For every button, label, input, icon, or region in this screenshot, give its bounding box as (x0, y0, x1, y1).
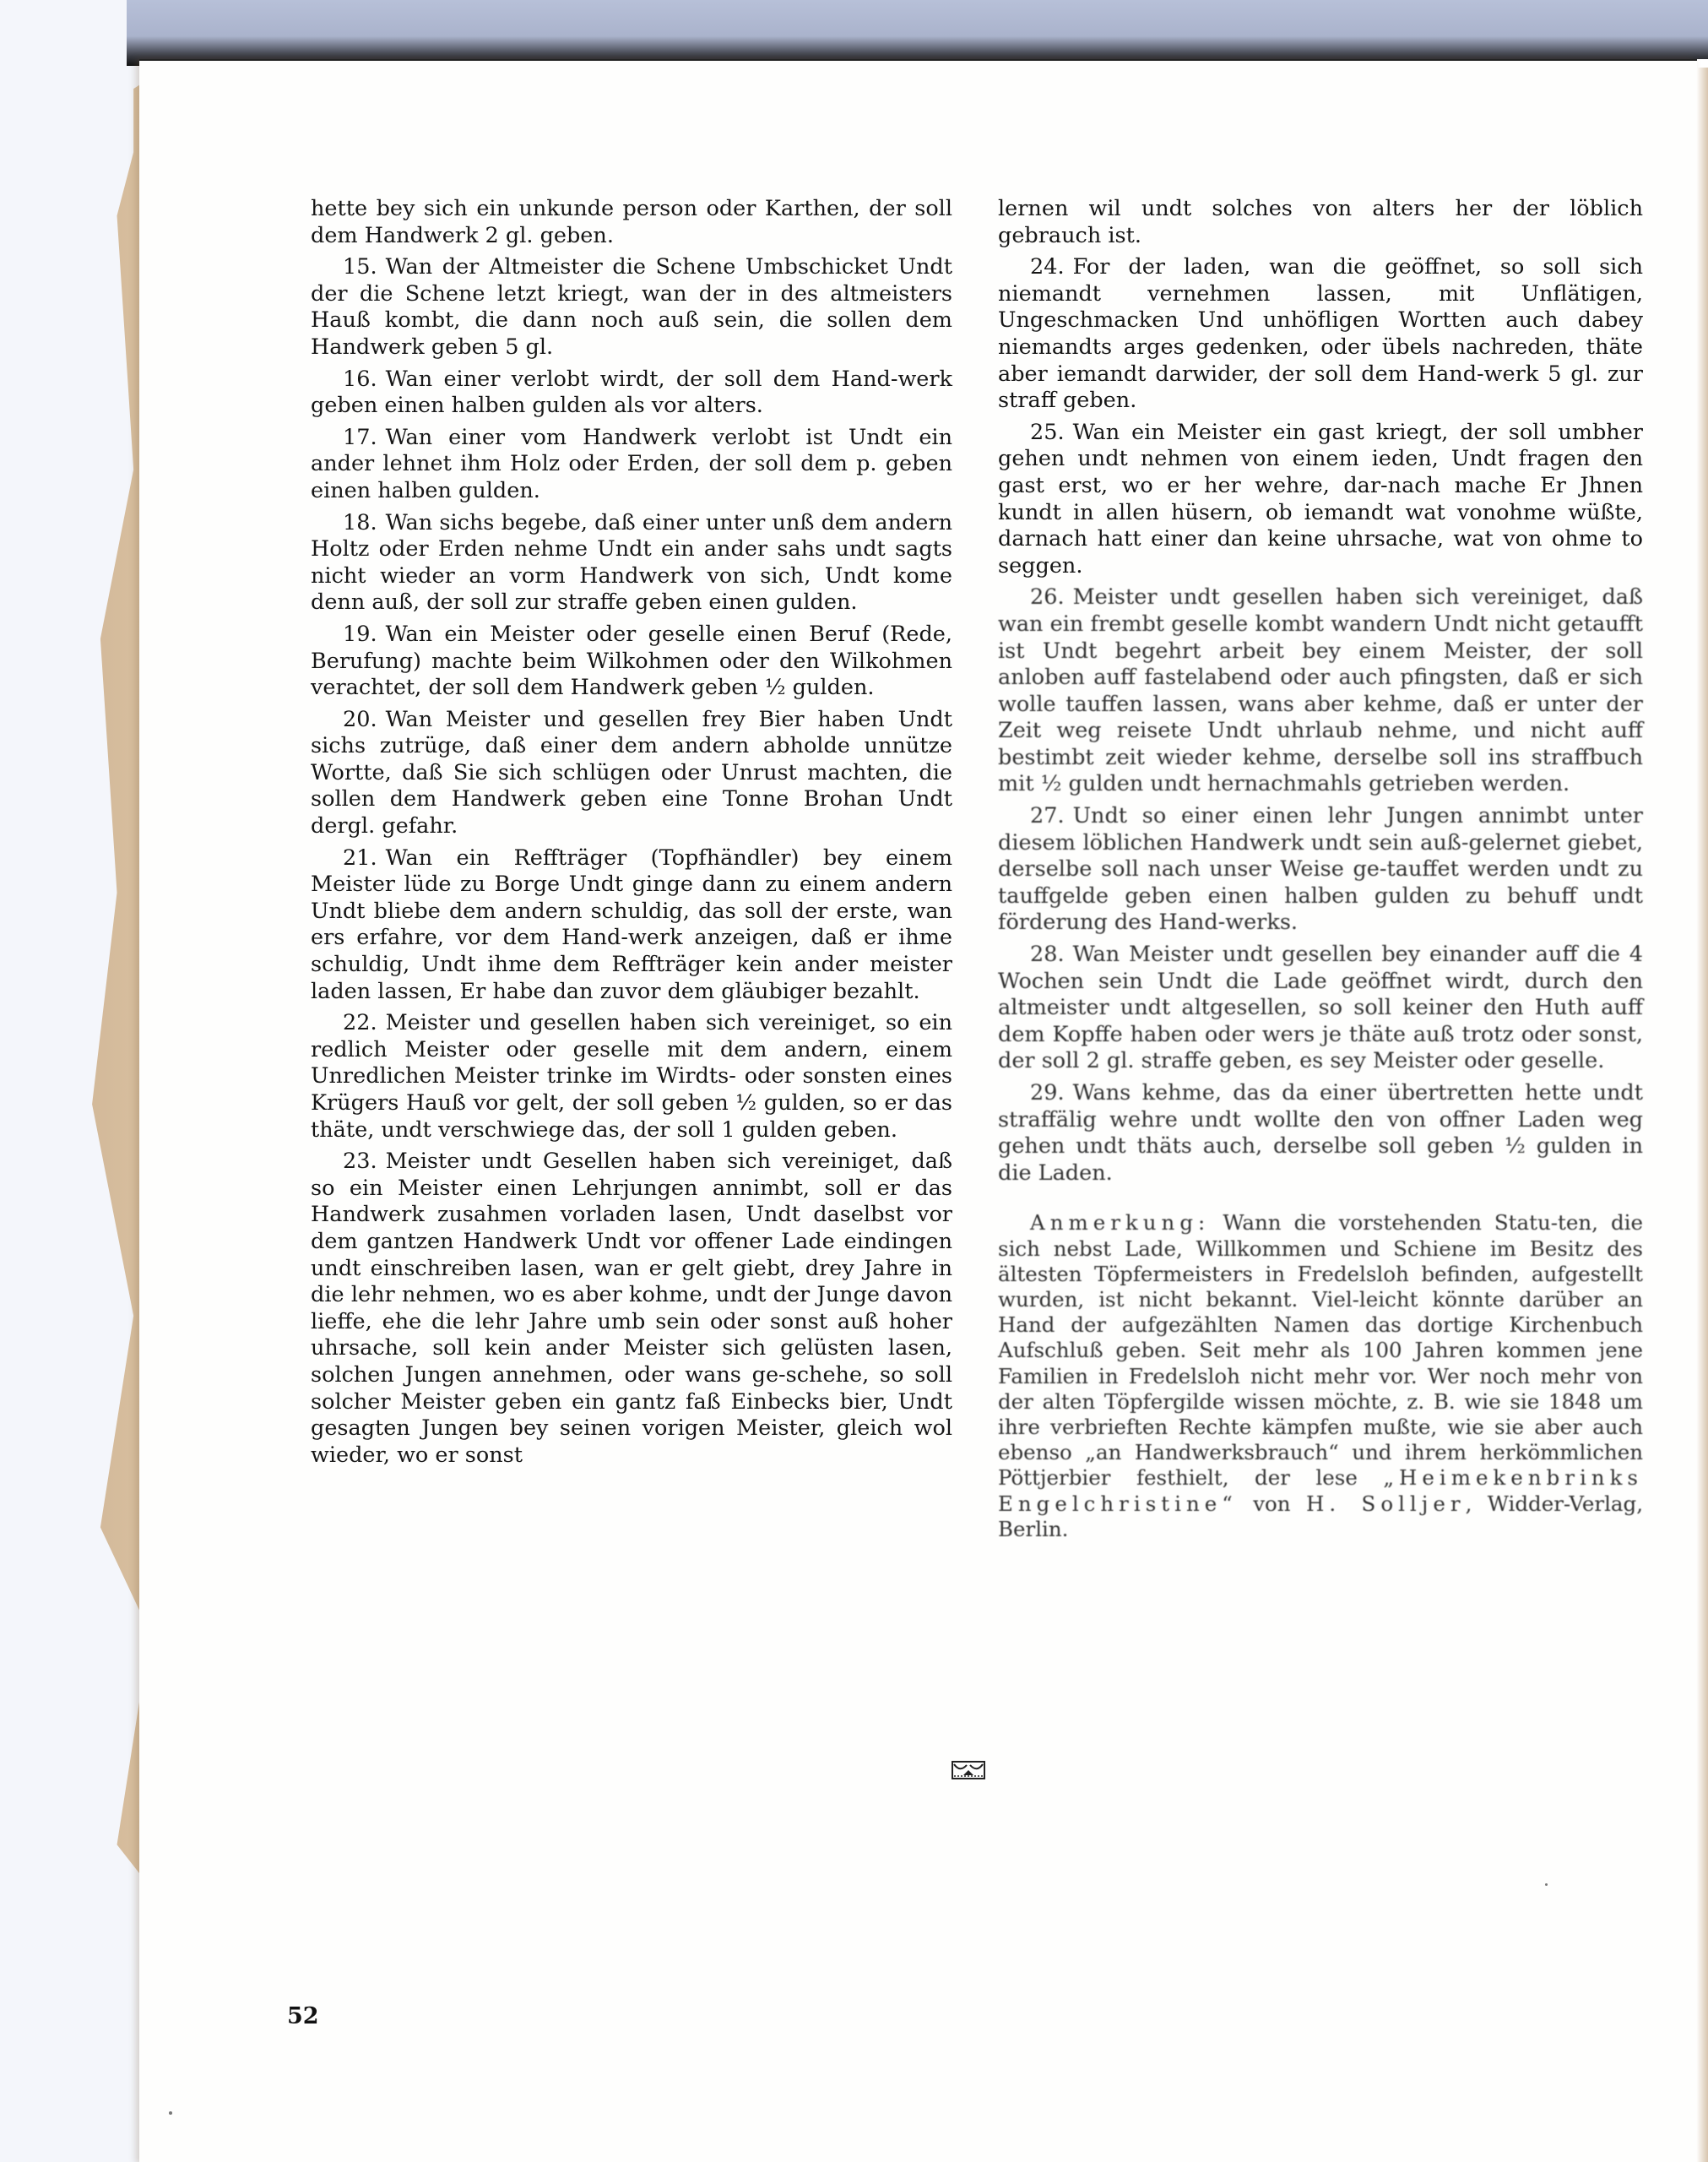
left-column: hette bey sich ein unkunde person oder K… (311, 196, 952, 1474)
statute-text: Wan der Altmeister die Schene Umbschicke… (311, 254, 952, 360)
right-statute-list: 24.For der laden, wan die geöffnet, so s… (998, 254, 1643, 1187)
statute-text: Wan einer verlobt wirdt, der soll dem Ha… (311, 367, 952, 419)
statute-paragraph: 27.Undt so einer einen lehr Jungen annim… (998, 803, 1643, 937)
statute-text: For der laden, wan die geöffnet, so soll… (998, 254, 1643, 413)
statute-paragraph: 16.Wan einer verlobt wirdt, der soll dem… (311, 367, 952, 420)
statute-paragraph: 17.Wan einer vom Handwerk verlobt ist Un… (311, 425, 952, 505)
note-label: Anmerkung: (1030, 1210, 1210, 1235)
statute-text: Meister undt gesellen haben sich vereini… (998, 584, 1643, 796)
statute-number: 19. (343, 622, 377, 647)
statute-number: 22. (343, 1010, 377, 1035)
page-edge-right (1696, 68, 1708, 2162)
statute-paragraph: 22.Meister und gesellen haben sich verei… (311, 1010, 952, 1143)
statute-paragraph: 23.Meister undt Gesellen haben sich vere… (311, 1149, 952, 1469)
statute-number: 18. (343, 510, 377, 535)
statute-number: 25. (1030, 420, 1065, 445)
statute-number: 23. (343, 1149, 377, 1174)
statute-number: 28. (1030, 942, 1065, 967)
statute-text: Undt so einer einen lehr Jungen annimbt … (998, 803, 1643, 935)
statute-text: Wan Meister undt gesellen bey einander a… (998, 942, 1643, 1073)
statute-number: 15. (343, 254, 377, 280)
left-continuation: hette bey sich ein unkunde person oder K… (311, 196, 952, 249)
statute-number: 27. (1030, 803, 1065, 828)
printer-ornament-icon (952, 1761, 985, 1779)
statute-number: 21. (343, 845, 377, 871)
statute-paragraph: 21.Wan ein Reffträger (Topfhändler) bey … (311, 845, 952, 1006)
statute-paragraph: 25.Wan ein Meister ein gast kriegt, der … (998, 420, 1643, 580)
statute-paragraph: 28.Wan Meister undt gesellen bey einande… (998, 942, 1643, 1075)
statute-paragraph: 15.Wan der Altmeister die Schene Umbschi… (311, 254, 952, 361)
statute-paragraph: 29.Wans kehme, das da einer übertretten … (998, 1080, 1643, 1187)
note-author: H. Solljer (1306, 1491, 1466, 1516)
statute-number: 24. (1030, 254, 1065, 280)
scanner-background-band (127, 0, 1708, 66)
dust-speck (1545, 1883, 1548, 1886)
statute-paragraph: 19.Wan ein Meister oder geselle einen Be… (311, 622, 952, 702)
statute-text: Wan Meister und gesellen frey Bier haben… (311, 707, 952, 839)
page-number: 52 (287, 2003, 319, 2029)
statute-text: Wan sichs begebe, daß einer unter unß de… (311, 510, 952, 616)
statute-paragraph: 24.For der laden, wan die geöffnet, so s… (998, 254, 1643, 415)
statute-number: 29. (1030, 1080, 1065, 1105)
statute-number: 26. (1030, 584, 1065, 610)
statute-paragraph: 20.Wan Meister und gesellen frey Bier ha… (311, 707, 952, 840)
dust-speck (169, 2111, 172, 2115)
statute-paragraph: 26.Meister undt gesellen haben sich vere… (998, 584, 1643, 798)
note-text: Wann die vorstehenden Statu-ten, die sic… (998, 1210, 1643, 1490)
statute-text: Meister undt Gesellen haben sich vereini… (311, 1149, 952, 1468)
left-statute-list: 15.Wan der Altmeister die Schene Umbschi… (311, 254, 952, 1469)
statute-text: Meister und gesellen haben sich vereinig… (311, 1010, 952, 1142)
statute-text: Wan ein Meister ein gast kriegt, der sol… (998, 420, 1643, 579)
statute-number: 16. (343, 367, 377, 392)
statute-text: Wan ein Meister oder geselle einen Beruf… (311, 622, 952, 700)
right-continuation: lernen wil undt solches von alters her d… (998, 196, 1643, 249)
statute-text: Wan ein Reffträger (Topfhändler) bey ein… (311, 845, 952, 1004)
right-column: lernen wil undt solches von alters her d… (998, 196, 1643, 1563)
statute-text: Wan einer vom Handwerk verlobt ist Undt … (311, 425, 952, 503)
note-tail-prefix: von (1253, 1491, 1290, 1516)
statute-text: Wans kehme, das da einer übertretten het… (998, 1080, 1643, 1186)
statute-number: 20. (343, 707, 377, 732)
annotation-note: Anmerkung: Wann die vorstehenden Statu-t… (998, 1210, 1643, 1542)
statute-number: 17. (343, 425, 377, 450)
statute-paragraph: 18.Wan sichs begebe, daß einer unter unß… (311, 510, 952, 617)
